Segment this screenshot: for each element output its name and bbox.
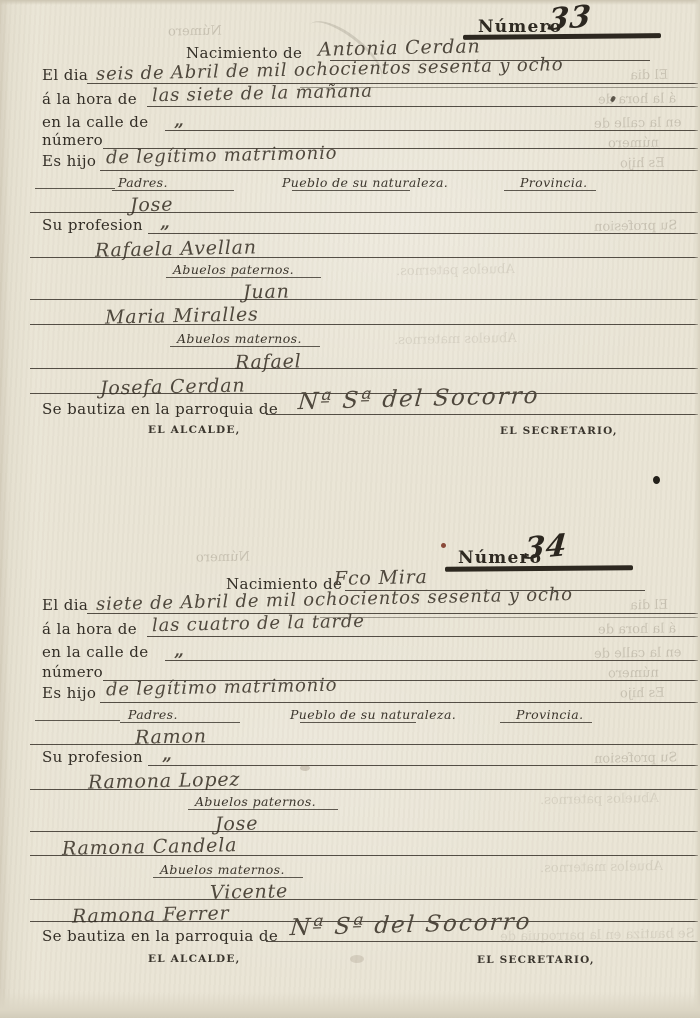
alcalde-label: EL ALCALDE, [148, 953, 240, 965]
numero-underline [463, 33, 661, 40]
ink-speck [653, 476, 660, 484]
rule-line [30, 899, 698, 900]
parroquia-name: Nª Sª del Socorro [289, 909, 532, 941]
hijo-label: Es hijo [42, 684, 96, 702]
rule-line [30, 299, 698, 300]
rule-line [30, 368, 698, 369]
numero-value: 33 [547, 0, 593, 38]
rule-line-faint [320, 617, 698, 618]
dia-value: seis de Abril de mil ochocientos sesenta… [96, 54, 564, 85]
abuelo-materno-name: Vicente [210, 880, 289, 904]
profesion-value: „ [160, 213, 171, 233]
profesion-label: Su profesion [42, 216, 143, 234]
bleedthrough-text: El dia [630, 598, 668, 614]
rule-line [30, 789, 698, 790]
bleedthrough-text: en la calle de [594, 645, 682, 662]
bleedthrough-text: Su profesion [594, 750, 678, 766]
bleedthrough-text: á la hora de [598, 621, 676, 637]
page-top-edge [0, 0, 700, 5]
bleedthrough-text: Número [168, 24, 222, 40]
page-right-edge [694, 0, 700, 1018]
bautiza-label: Se bautiza en la parroquia de [42, 400, 278, 418]
rule-line [30, 831, 698, 832]
abuelo-paterno-name: Jose [215, 813, 259, 836]
padres-underline [112, 190, 234, 191]
hora-label: á la hora de [42, 90, 137, 108]
abuela-materna-name: Josefa Cerdan [100, 374, 246, 399]
ink-speck [441, 543, 446, 548]
abuelos-paternos-underline [166, 277, 321, 278]
profesion-label: Su profesion [42, 748, 143, 766]
hora-label: á la hora de [42, 620, 137, 638]
calle-value: „ [174, 111, 185, 131]
paper-stain [350, 955, 364, 963]
bleedthrough-text: Abuelos maternos. [540, 859, 663, 876]
numero-value: 34 [523, 528, 569, 567]
hora-value: las siete de la mañana [152, 81, 373, 107]
header-stub-line [35, 188, 115, 189]
abuelos-maternos-underline [153, 877, 303, 878]
abuelos-paternos-header: Abuelos paternos. [195, 794, 316, 809]
abuelos-paternos-underline [188, 809, 338, 810]
provincia-underline [504, 190, 596, 191]
rule-line [30, 744, 698, 745]
provincia-underline [500, 722, 592, 723]
hijo-value: de legítimo matrimonio [106, 675, 338, 701]
hora-value: las cuatro de la tarde [152, 611, 365, 636]
pueblo-header: Pueblo de su naturaleza. [282, 175, 448, 190]
secretario-label: EL SECRETARIO, [500, 425, 618, 437]
bleedthrough-text: Abuelos paternos. [396, 262, 515, 279]
secretario-label: EL SECRETARIO, [477, 954, 595, 966]
page-bottom-edge [0, 992, 700, 1018]
birth-record: Número Número 33 Nacimiento de Antonia C… [0, 0, 700, 470]
numero-casa-label: número [42, 131, 103, 149]
provincia-header: Provincia. [520, 175, 587, 190]
calle-label: en la calle de [42, 643, 148, 661]
pueblo-underline [300, 722, 416, 723]
numero-underline [445, 565, 633, 572]
bleedthrough-text: número [608, 666, 659, 682]
bautiza-label: Se bautiza en la parroquia de [42, 927, 278, 945]
abuelos-paternos-header: Abuelos paternos. [173, 262, 294, 277]
calle-value: „ [174, 641, 185, 661]
abuelos-maternos-header: Abuelos maternos. [177, 331, 302, 346]
rule-line [30, 212, 698, 213]
padres-underline [120, 722, 240, 723]
rule-line [100, 170, 698, 171]
hijo-label: Es hijo [42, 152, 96, 170]
abuelos-maternos-underline [170, 346, 320, 347]
hijo-value: de legítimo matrimonio [106, 143, 338, 169]
dia-value: siete de Abril de mil ochocientos sesent… [96, 584, 573, 615]
bleedthrough-text: número [608, 136, 659, 152]
bleedthrough-text: Abuelos paternos. [540, 791, 659, 808]
dia-label: El dia [42, 596, 88, 614]
rule-line [266, 414, 698, 415]
padres-header: Padres. [118, 175, 168, 190]
bleedthrough-text: Su profesion [594, 218, 678, 234]
bleedthrough-text: Es hijo [620, 156, 665, 172]
rule-line [30, 855, 698, 856]
bleedthrough-text: Número [196, 550, 250, 566]
calle-label: en la calle de [42, 113, 148, 131]
birth-record: Número Número 34 Nacimiento de Fco Mira … [0, 530, 700, 1000]
paper-stain [300, 765, 310, 771]
dia-label: El dia [42, 66, 88, 84]
abuelos-maternos-header: Abuelos maternos. [160, 862, 285, 877]
scanned-birth-registry-page: Número Número 33 Nacimiento de Antonia C… [0, 0, 700, 1018]
rule-line [30, 324, 698, 325]
rule-line [30, 257, 698, 258]
bleedthrough-text: El dia [630, 68, 668, 84]
alcalde-label: EL ALCALDE, [148, 424, 240, 436]
header-stub-line [35, 720, 120, 721]
bleedthrough-text: Es hijo [620, 686, 665, 702]
abuela-materna-name: Ramona Ferrer [72, 902, 230, 927]
provincia-header: Provincia. [516, 707, 583, 722]
bleedthrough-text: en la calle de [594, 115, 682, 132]
profesion-value: „ [162, 745, 173, 765]
parroquia-name: Nª Sª del Socorro [297, 383, 540, 415]
numero-casa-label: número [42, 663, 103, 681]
rule-line [100, 702, 698, 703]
bleedthrough-text: Abuelos maternos. [394, 331, 517, 348]
abuelo-materno-name: Rafael [235, 350, 302, 373]
padres-header: Padres. [128, 707, 178, 722]
pueblo-header: Pueblo de su naturaleza. [290, 707, 456, 722]
abuelo-paterno-name: Juan [243, 281, 290, 304]
pueblo-underline [292, 190, 410, 191]
